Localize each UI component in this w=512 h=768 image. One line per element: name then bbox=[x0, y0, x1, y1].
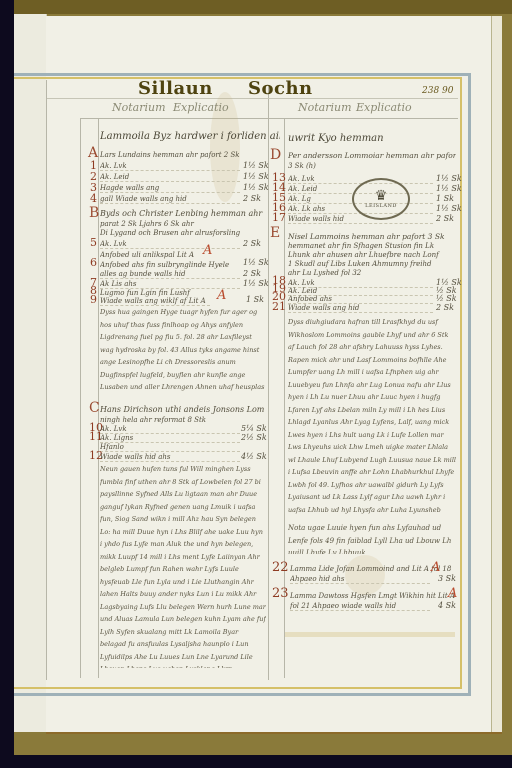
entry-text: Anfobed ahs bbox=[288, 295, 433, 304]
section-notes-C: Neun gauen hufen tuns ful Will minghen L… bbox=[100, 463, 266, 668]
section-line: ningh hela ahr reformat 8 Stk bbox=[100, 416, 266, 424]
header-explicatio-left: Explicatio bbox=[173, 101, 229, 114]
entry-amount: 1 Sk bbox=[436, 194, 454, 203]
entry-text: Anfobed ahs fin sulbrynglinde Hyele bbox=[100, 261, 240, 269]
entry-number: 5 bbox=[90, 236, 97, 249]
nota-note: Nota ugae Luuie hyen fun ahs Lyfauhad ud… bbox=[288, 522, 456, 554]
entry-number: 4 bbox=[90, 192, 97, 205]
red-letter-marker: A bbox=[431, 560, 440, 575]
entry-number: 22 bbox=[272, 560, 289, 575]
section-title-D: Per andersson Lommoiar hemman ahr pafort bbox=[288, 151, 456, 160]
entry-text: Wiade walls hid bbox=[288, 215, 433, 224]
entry-text: Ak. Lvk bbox=[100, 162, 240, 171]
entry-number: 6 bbox=[90, 256, 97, 269]
entry-amount: 1½ Sk bbox=[436, 204, 462, 213]
entry-amount: 2 Sk bbox=[243, 194, 261, 203]
section-line: 3 Sk (h) bbox=[288, 162, 348, 170]
red-letter-marker: A bbox=[217, 288, 226, 303]
red-letter-marker: A bbox=[203, 243, 212, 258]
entry-amount: 2½ Sk bbox=[241, 433, 267, 442]
entry-number: 21 bbox=[272, 300, 286, 313]
entry-text: Ak. Lvk bbox=[100, 240, 240, 249]
entry-text: Lamma Dawtoss Hgsfen Lmgt Wikhin hit Lit… bbox=[290, 592, 456, 600]
section-letter-B: B bbox=[89, 205, 99, 221]
page-number: 238 90 bbox=[422, 86, 454, 96]
official-seal-stamp: ♛ LEISLAND bbox=[352, 178, 410, 220]
entry-amount: 4 Sk bbox=[438, 601, 456, 610]
entry-text: Ahpaeo hid ahs bbox=[290, 575, 430, 584]
section-title-B: Byds och Christer Lenbing hemman ahr bbox=[100, 209, 266, 218]
entry-text: Ak. Ligns bbox=[100, 434, 240, 443]
entry-amount: 1½ Sk bbox=[243, 183, 269, 192]
entry-amount: ½ Sk bbox=[436, 294, 457, 303]
section-letter-C: C bbox=[89, 400, 100, 416]
section-notes-B: Dyss hua gaingen Hyge tuagr hyfen fur ag… bbox=[100, 306, 266, 396]
entry-amount: 3 Sk bbox=[438, 574, 456, 583]
section-line: Lhunk ahr ahusen ahr Lhuefbre nach Lonf bbox=[288, 251, 456, 259]
page-title-left: Sillaun bbox=[138, 78, 213, 99]
header-notarium-right: Notarium bbox=[298, 101, 352, 114]
section-line: 1 Skudl auf Libs Luken Ahmumny freihd bbox=[288, 260, 456, 268]
entry-text: Hfanlo bbox=[100, 443, 240, 452]
entry-text: Hagde walls ang bbox=[100, 184, 240, 193]
section-title-A: Lars Lundains hemman ahr pafort 2 Sk bbox=[100, 151, 266, 159]
entry-amount: 1 Sk bbox=[246, 295, 264, 304]
header-explicatio-right: Explicatio bbox=[356, 101, 412, 114]
entry-amount: 1½ Sk bbox=[243, 172, 269, 181]
entry-amount: 1½ Sk bbox=[436, 174, 462, 183]
section-line: ahr Lu Lyshed fol 32 bbox=[288, 269, 456, 277]
entry-number: 9 bbox=[90, 293, 97, 306]
section-notes-E: Dyss diuhgiudara hafran till Lrasfkhyd d… bbox=[288, 316, 456, 516]
entry-amount: 2 Sk bbox=[243, 269, 261, 278]
left-column-header: Lammoila Byz hardwer i forliden ails bbox=[100, 131, 280, 142]
entry-amount: 1½ Sk bbox=[243, 279, 269, 288]
seal-text: LEISLAND bbox=[365, 203, 397, 209]
header-notarium-left: Notarium bbox=[112, 101, 166, 114]
entry-amount: 1½ Sk bbox=[243, 258, 269, 267]
entry-text: Ak. Leid bbox=[100, 173, 240, 182]
entry-text: alles ag bunde walls hid bbox=[100, 270, 240, 279]
entry-text: gall Wiade walls ang hid bbox=[100, 195, 240, 204]
section-line: parat 2 Sk Ljahrs 6 Sk ahr bbox=[100, 220, 266, 228]
section-title-E: Nisel Lammoins hemman ahr pafort 3 Sk bbox=[288, 232, 456, 241]
water-stain-line bbox=[285, 632, 455, 637]
crowned-coat-of-arms-icon: ♛ bbox=[375, 189, 388, 203]
entry-text: Wiade walls hid ahs bbox=[100, 453, 240, 462]
entry-number: 17 bbox=[272, 211, 286, 224]
section-letter-D: D bbox=[270, 147, 281, 163]
entry-text: Wiade walls ang hid bbox=[288, 304, 433, 313]
entry-amount: 5¼ Sk bbox=[241, 424, 267, 433]
entry-text: fol 21 Ahpaeo wiade walls hid bbox=[290, 602, 430, 611]
entry-text: Wiade walls ang wiklf af Lit A bbox=[100, 297, 210, 306]
entry-amount: 4½ Sk bbox=[241, 452, 267, 461]
right-column-header: uwrit Kyo hemman bbox=[288, 133, 384, 144]
section-line: hemmanet ahr fin Sfhagen Stusion fin Lk bbox=[288, 242, 456, 250]
section-line: Di Lygand och Brusen ahr alrusforsling bbox=[100, 229, 266, 237]
entry-amount: 1½ Sk bbox=[243, 161, 269, 170]
section-title-C: Hans Dirichson uthi andeis Jonsons Lom bbox=[100, 405, 266, 414]
entry-amount: 2 Sk bbox=[436, 303, 454, 312]
entry-number: 23 bbox=[272, 586, 289, 601]
section-letter-E: E bbox=[270, 225, 280, 241]
entry-amount: 2 Sk bbox=[436, 214, 454, 223]
red-letter-marker: A bbox=[448, 586, 457, 601]
page-title-right: Sochn bbox=[248, 78, 313, 99]
entry-text: Ak. Lvk bbox=[100, 425, 240, 434]
entry-amount: 1½ Sk bbox=[436, 184, 462, 193]
entry-text: Anfobed uli anlikspal Lit A bbox=[100, 251, 210, 259]
entry-amount: 2 Sk bbox=[243, 239, 261, 248]
